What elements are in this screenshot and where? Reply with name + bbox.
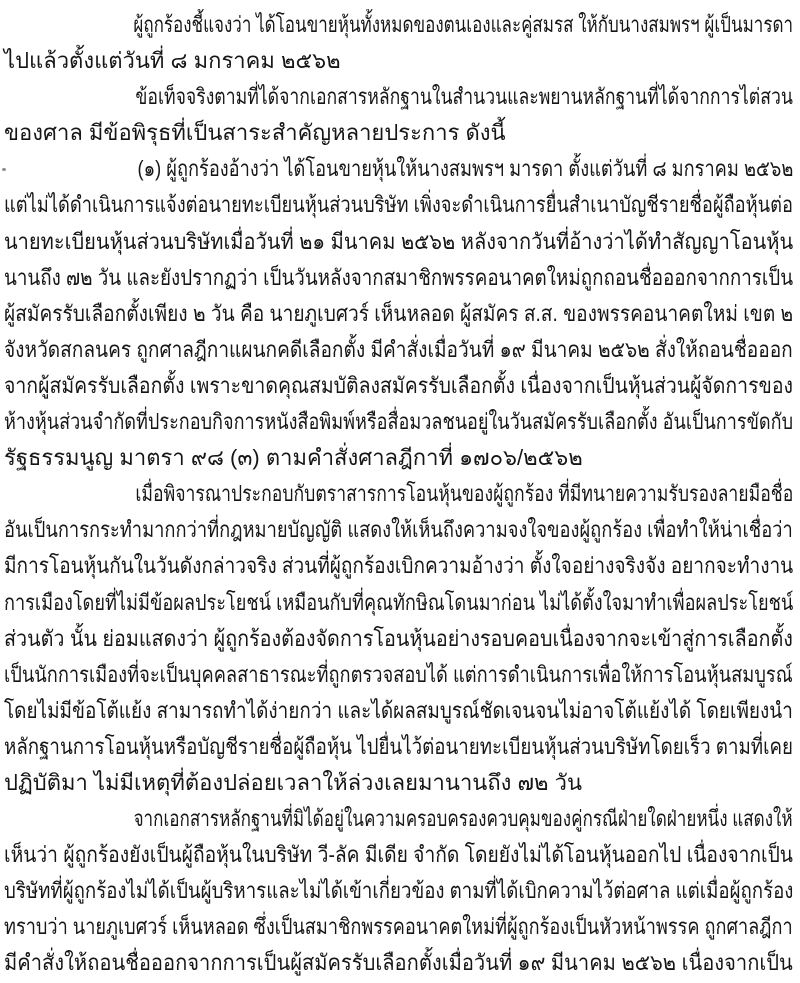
document-page: ผู้ถูกร้องชี้แจงว่า ได้โอนขายหุ้นทั้งหมด… bbox=[0, 0, 800, 983]
text-line-content: อันเป็นการกระทำมากกว่าที่กฎหมายบัญญัติ แ… bbox=[4, 512, 793, 548]
text-line-content: ห้างหุ้นส่วนจำกัดที่ประกอบกิจการหนังสือพ… bbox=[4, 404, 793, 440]
text-line-content: ผู้สมัครรับเลือกตั้งเพียง ๒ วัน คือ นายภ… bbox=[4, 296, 793, 332]
paragraph: จากเอกสารหลักฐานที่มิได้อยู่ในความครอบคร… bbox=[4, 801, 793, 981]
text-line: จากผู้สมัครรับเลือกตั้ง เพราะขาดคุณสมบัต… bbox=[4, 368, 793, 404]
text-line-content: นายทะเบียนหุ้นส่วนบริษัทเมื่อวันที่ ๒๑ ม… bbox=[4, 224, 793, 260]
text-line: จังหวัดสกลนคร ถูกศาลฎีกาแผนกคดีเลือกตั้ง… bbox=[4, 332, 793, 368]
text-line-content: หลักฐานการโอนหุ้นหรือบัญชีรายชื่อผู้ถือห… bbox=[4, 729, 793, 765]
text-line: ส่วนตัว นั้น ย่อมแสดงว่า ผู้ถูกร้องต้องจ… bbox=[4, 621, 793, 657]
paragraph: ข้อเท็จจริงตามที่ได้จากเอกสารหลักฐานในสำ… bbox=[4, 79, 793, 151]
paragraph: เมื่อพิจารณาประกอบกับตราสารการโอนหุ้นของ… bbox=[4, 476, 793, 801]
text-line: เป็นนักการเมืองที่จะเป็นบุคคลสาธารณะที่ถ… bbox=[4, 657, 793, 693]
text-line-content: (๑) ผู้ถูกร้องอ้างว่า ได้โอนขายหุ้นให้นา… bbox=[77, 151, 793, 187]
text-line-content: เป็นนักการเมืองที่จะเป็นบุคคลสาธารณะที่ถ… bbox=[4, 657, 793, 693]
text-line-content: ไปแล้วตั้งแต่วันที่ ๘ มกราคม ๒๕๖๒ bbox=[4, 43, 341, 79]
text-line: นายทะเบียนหุ้นส่วนบริษัทเมื่อวันที่ ๒๑ ม… bbox=[4, 224, 793, 260]
text-line: ผู้สมัครรับเลือกตั้งเพียง ๒ วัน คือ นายภ… bbox=[4, 296, 793, 332]
text-line-content: ปฏิบัติมา ไม่มีเหตุที่ต้องปล่อยเวลาให้ล่… bbox=[4, 765, 582, 801]
text-line: ปฏิบัติมา ไม่มีเหตุที่ต้องปล่อยเวลาให้ล่… bbox=[4, 765, 793, 801]
text-line-content: ของศาล มีข้อพิรุธที่เป็นสาระสำคัญหลายประ… bbox=[4, 115, 506, 151]
text-line: (๑) ผู้ถูกร้องอ้างว่า ได้โอนขายหุ้นให้นา… bbox=[4, 151, 793, 187]
text-line: อันเป็นการกระทำมากกว่าที่กฎหมายบัญญัติ แ… bbox=[4, 512, 793, 548]
text-line-content: จังหวัดสกลนคร ถูกศาลฎีกาแผนกคดีเลือกตั้ง… bbox=[4, 332, 793, 368]
text-line: บริษัทที่ผู้ถูกร้องไม่ได้เป็นผู้บริหารแล… bbox=[4, 873, 793, 909]
text-line-content: ข้อเท็จจริงตามที่ได้จากเอกสารหลักฐานในสำ… bbox=[77, 79, 793, 115]
text-line: ไปแล้วตั้งแต่วันที่ ๘ มกราคม ๒๕๖๒ bbox=[4, 43, 793, 79]
text-line: ของศาล มีข้อพิรุธที่เป็นสาระสำคัญหลายประ… bbox=[4, 115, 793, 151]
paragraph: (๑) ผู้ถูกร้องอ้างว่า ได้โอนขายหุ้นให้นา… bbox=[4, 151, 793, 476]
text-line: เห็นว่า ผู้ถูกร้องยังเป็นผู้ถือหุ้นในบริ… bbox=[4, 837, 793, 873]
text-line: เมื่อพิจารณาประกอบกับตราสารการโอนหุ้นของ… bbox=[4, 476, 793, 512]
text-line-content: เมื่อพิจารณาประกอบกับตราสารการโอนหุ้นของ… bbox=[77, 476, 793, 512]
text-line: มีคำสั่งให้ถอนชื่อออกจากการเป็นผู้สมัครร… bbox=[4, 945, 793, 981]
text-line: รัฐธรรมนูญ มาตรา ๙๘ (๓) ตามคำสั่งศาลฎีกา… bbox=[4, 440, 793, 476]
document-text-block: ผู้ถูกร้องชี้แจงว่า ได้โอนขายหุ้นทั้งหมด… bbox=[4, 7, 793, 982]
text-line-content: โดยไม่มีข้อโต้แย้ง สามารถทำได้ง่ายกว่า แ… bbox=[4, 693, 793, 729]
text-line-content: รัฐธรรมนูญ มาตรา ๙๘ (๓) ตามคำสั่งศาลฎีกา… bbox=[4, 440, 583, 476]
text-line-content: นานถึง ๗๒ วัน และยังปรากฏว่า เป็นวันหลัง… bbox=[4, 260, 793, 296]
text-line-content: ทราบว่า นายภูเบศวร์ เห็นหลอด ซึ่งเป็นสมา… bbox=[4, 909, 793, 945]
text-line-content: การเมืองโดยที่ไม่มีข้อผลประโยชน์ เหมือนก… bbox=[4, 585, 793, 621]
text-line-content: มีการโอนหุ้นกันในวันดังกล่าวจริง ส่วนที่… bbox=[4, 548, 793, 584]
text-line: แต่ไม่ได้ดำเนินการแจ้งต่อนายทะเบียนหุ้นส… bbox=[4, 187, 793, 223]
text-line: จากเอกสารหลักฐานที่มิได้อยู่ในความครอบคร… bbox=[4, 801, 793, 837]
text-line-content: แต่ไม่ได้ดำเนินการแจ้งต่อนายทะเบียนหุ้นส… bbox=[4, 187, 793, 223]
text-line: ทราบว่า นายภูเบศวร์ เห็นหลอด ซึ่งเป็นสมา… bbox=[4, 909, 793, 945]
text-line-content: ผู้ถูกร้องชี้แจงว่า ได้โอนขายหุ้นทั้งหมด… bbox=[77, 7, 793, 43]
text-line-content: เห็นว่า ผู้ถูกร้องยังเป็นผู้ถือหุ้นในบริ… bbox=[4, 837, 793, 873]
text-line: โดยไม่มีข้อโต้แย้ง สามารถทำได้ง่ายกว่า แ… bbox=[4, 693, 793, 729]
text-line: ข้อเท็จจริงตามที่ได้จากเอกสารหลักฐานในสำ… bbox=[4, 79, 793, 115]
text-line-content: บริษัทที่ผู้ถูกร้องไม่ได้เป็นผู้บริหารแล… bbox=[4, 873, 793, 909]
text-line-content: ส่วนตัว นั้น ย่อมแสดงว่า ผู้ถูกร้องต้องจ… bbox=[4, 621, 793, 657]
text-line-content: มีคำสั่งให้ถอนชื่อออกจากการเป็นผู้สมัครร… bbox=[4, 945, 793, 981]
text-line-content: จากเอกสารหลักฐานที่มิได้อยู่ในความครอบคร… bbox=[77, 801, 793, 837]
text-line: ห้างหุ้นส่วนจำกัดที่ประกอบกิจการหนังสือพ… bbox=[4, 404, 793, 440]
text-line-content: จากผู้สมัครรับเลือกตั้ง เพราะขาดคุณสมบัต… bbox=[4, 368, 793, 404]
text-line: มีการโอนหุ้นกันในวันดังกล่าวจริง ส่วนที่… bbox=[4, 548, 793, 584]
paragraph: ผู้ถูกร้องชี้แจงว่า ได้โอนขายหุ้นทั้งหมด… bbox=[4, 7, 793, 79]
text-line: หลักฐานการโอนหุ้นหรือบัญชีรายชื่อผู้ถือห… bbox=[4, 729, 793, 765]
text-line: นานถึง ๗๒ วัน และยังปรากฏว่า เป็นวันหลัง… bbox=[4, 260, 793, 296]
text-line: การเมืองโดยที่ไม่มีข้อผลประโยชน์ เหมือนก… bbox=[4, 585, 793, 621]
text-line: ผู้ถูกร้องชี้แจงว่า ได้โอนขายหุ้นทั้งหมด… bbox=[4, 7, 793, 43]
